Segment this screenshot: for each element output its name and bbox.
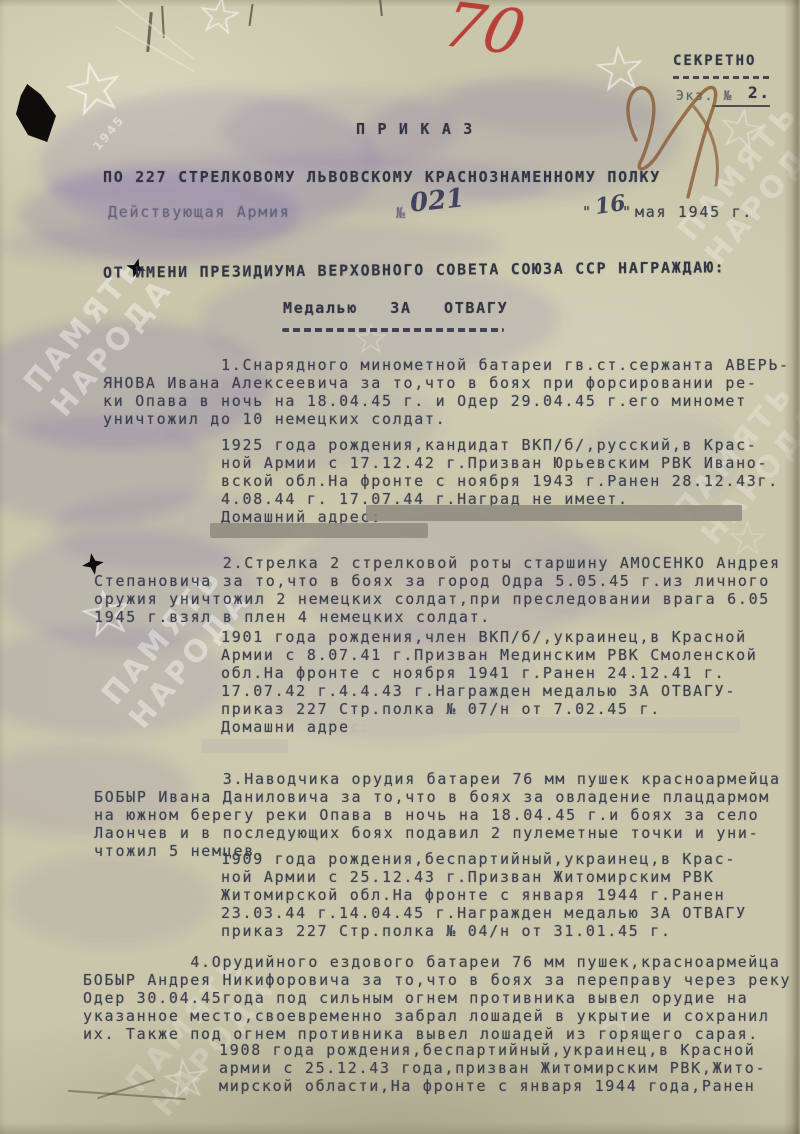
medal-title: Медалью ЗА ОТВАГУ bbox=[283, 299, 508, 317]
address-redaction-bar bbox=[350, 717, 740, 733]
page-number: 70 bbox=[437, 0, 532, 69]
order-number-handwritten: 021 bbox=[409, 183, 466, 219]
order-title: П Р И К А З bbox=[356, 120, 474, 138]
scanned-order-page: ☆ ☆ ☆ ☆ ☆ ☆ ☆ ☆ ☆ ПАМЯТЬНАРОДА ПАМЯТЬНАР… bbox=[0, 0, 800, 1134]
entry-citation-2: 2.Стрелка 2 стрелковой роты старшину АМО… bbox=[94, 554, 794, 626]
address-redaction-bar bbox=[202, 739, 288, 753]
handwritten-scribble bbox=[598, 55, 783, 220]
date-text: мая 1945 г. bbox=[635, 203, 753, 221]
medal-underline bbox=[282, 328, 504, 332]
entry-citation-4: 4.Орудийного ездового батареи 76 мм пуше… bbox=[83, 953, 795, 1043]
address-redaction-bar bbox=[366, 505, 742, 521]
entry-record-4: 1908 года рождения,беспартийный,украинец… bbox=[219, 1041, 799, 1095]
entry-citation-1: 1.Снарядного минометной батареи гв.ст.се… bbox=[103, 356, 793, 428]
date-close-quote: " bbox=[622, 203, 633, 221]
paper-edge bbox=[784, 0, 800, 1134]
watermark-star-icon: ☆ bbox=[352, 318, 390, 360]
order-subtitle: ПО 227 СТРЕЛКОВОМУ ЛЬВОВСКОМУ КРАСНОЗНАМ… bbox=[103, 168, 661, 186]
entry-record-3: 1909 года рождения,беспартийный,украинец… bbox=[221, 850, 791, 940]
address-redaction-bar bbox=[210, 523, 428, 538]
date-open-quote: " bbox=[582, 203, 593, 221]
army-label: Действующая Армия bbox=[108, 203, 290, 221]
order-number-sign: № bbox=[396, 204, 407, 222]
entry-citation-3: 3.Наводчика орудия батареи 76 мм пушек к… bbox=[94, 770, 794, 860]
watermark-star-icon: ☆ bbox=[193, 0, 246, 45]
